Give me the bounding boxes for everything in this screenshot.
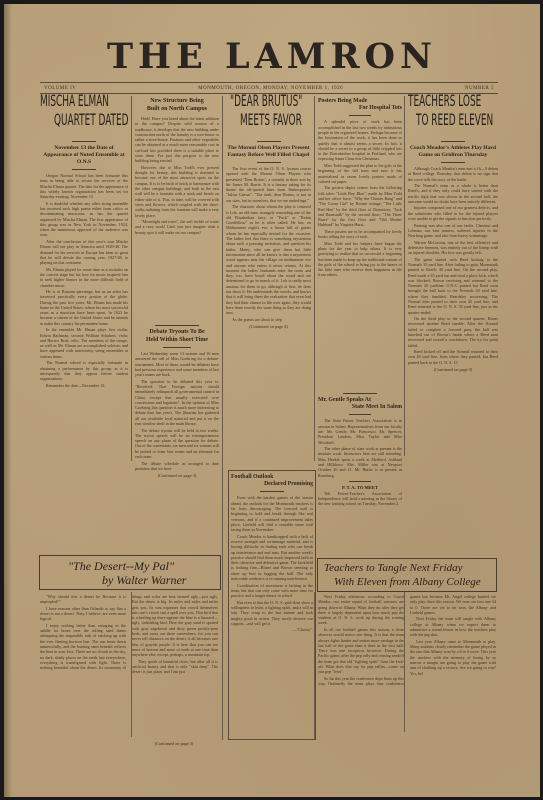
headline: "DEAR BRUTUS" bbox=[230, 98, 302, 103]
continued-note[interactable]: (Continued on page 3) bbox=[135, 473, 219, 478]
deck: November 13 the Date of Appearance of No… bbox=[40, 145, 128, 166]
article-debate: Debate Tryouts To Be Held Within Short T… bbox=[135, 322, 219, 478]
divider bbox=[163, 347, 191, 348]
paragraph: However, due to Miss Todd's ever present… bbox=[135, 165, 219, 218]
paragraph: I have reasons other than Orlando to say… bbox=[40, 606, 126, 622]
headline: QUARTET DATED bbox=[54, 117, 129, 122]
article-posters: Posters Being Made For Hospital Tots A s… bbox=[318, 98, 402, 279]
paragraph: The first event of the O. N. S. lyceum c… bbox=[226, 166, 311, 203]
paragraph: Teh Parent-Teacher's Association of Inde… bbox=[318, 491, 402, 507]
paragraph: Warren McGowan, one of the best offensiv… bbox=[408, 240, 498, 256]
paragraph: In all our football games this season, a… bbox=[318, 627, 404, 675]
paragraph: Although Coach Meador's men met a 16—0 d… bbox=[408, 166, 498, 182]
headline: Built on North Campus bbox=[135, 106, 219, 114]
masthead-title: THE LAMRON bbox=[4, 36, 540, 77]
divider bbox=[257, 141, 281, 142]
article-elman: MISCHA ELMAN QUARTET DATED November 13 t… bbox=[40, 98, 128, 389]
divider bbox=[260, 491, 284, 492]
column-rule bbox=[222, 96, 223, 461]
paragraph: The game started with Reed kicking to th… bbox=[408, 257, 498, 315]
divider bbox=[343, 393, 377, 394]
paragraph: Reed kicked off and the Normal returned … bbox=[408, 349, 498, 365]
headline: Mr. Gentle Speaks At bbox=[318, 397, 402, 404]
headline: Held Within Short Time bbox=[135, 337, 219, 345]
paragraph: Next Friday the team will tangle with Al… bbox=[410, 616, 496, 637]
paragraph: Next Friday afternoon, according to Coac… bbox=[318, 594, 404, 626]
article-tangle: Next Friday afternoon, according to Coac… bbox=[318, 594, 496, 734]
paragraph: After the conclusion of this year's tour… bbox=[40, 239, 128, 265]
paragraph: On the third play in the second quarter,… bbox=[408, 316, 498, 348]
continued-note[interactable]: (Continued on page 3) bbox=[408, 367, 498, 372]
divider bbox=[72, 141, 96, 142]
headline: MEETS FAVOR bbox=[240, 117, 302, 122]
column-rule bbox=[314, 96, 315, 461]
divider bbox=[349, 115, 371, 116]
paragraph: Miss Todd suggested the plan to the girl… bbox=[318, 163, 402, 184]
article-structure: New Structure Being Built on North Campu… bbox=[135, 98, 219, 236]
headline: New Structure Being bbox=[135, 98, 219, 106]
newspaper-page: THE LAMRON VOLUME IV MONMOUTH, OREGON, M… bbox=[4, 4, 540, 797]
paragraph: In the ensemble Mr. Elman plays first vi… bbox=[40, 327, 128, 359]
headline: Posters Being Made bbox=[318, 98, 402, 105]
paragraph: The posters depict scenes from the follo… bbox=[318, 185, 402, 227]
column-rule bbox=[131, 96, 132, 461]
divider bbox=[441, 162, 465, 163]
paragraph: Mr. Elman played for some time as a reci… bbox=[40, 267, 128, 288]
paragraph: "Why should this a desert be Because it … bbox=[40, 594, 126, 605]
volume-label: VOLUME IV bbox=[44, 86, 76, 91]
paragraph: Coordination of movement is lacking in t… bbox=[231, 583, 313, 599]
deck: Coach Meador's Athletes Play Hard Game o… bbox=[408, 145, 498, 159]
dateline-text: MONMOUTH, OREGON, MONDAY, NOVEMBER 1, 19… bbox=[198, 86, 343, 91]
feature-title: With Eleven from Albany College bbox=[334, 576, 481, 588]
headline: MISCHA ELMAN bbox=[40, 98, 109, 103]
continued-note[interactable]: (Continued on page 4) bbox=[226, 324, 311, 329]
paragraph: The other phase of state work at present… bbox=[318, 446, 402, 478]
divider bbox=[257, 162, 281, 163]
headline: For Hospital Tots bbox=[318, 105, 402, 112]
paragraph: Even with the hardest games of the seaso… bbox=[231, 495, 313, 532]
paragraph: These posters are to be accompanied by l… bbox=[318, 229, 402, 240]
column-rule bbox=[222, 442, 223, 740]
byline: by Walter Warner bbox=[102, 573, 186, 588]
paragraph: Last year Albany came to Monmouth to pla… bbox=[410, 639, 496, 676]
divider bbox=[349, 481, 371, 482]
paragraph: A splendid piece of work has been accomp… bbox=[318, 119, 402, 161]
paragraph: The question to be debated this year is:… bbox=[135, 379, 219, 427]
feature-title: "The Desert--My Pal" bbox=[68, 559, 174, 574]
tangle-title-box: Teachers to Tangle Next Friday With Elev… bbox=[317, 558, 497, 592]
page-edge-shadow bbox=[4, 4, 12, 797]
paragraph: But even at that the O. N. S. grid-dons … bbox=[231, 600, 313, 626]
signature: —"Christy". bbox=[231, 627, 313, 632]
article-dear-brutus: "DEAR BRUTUS" MEETS FAVOR The Moroni Ols… bbox=[226, 98, 311, 329]
paragraph: The State Parent Teachers Association is… bbox=[318, 418, 402, 444]
paragraph: The debate tryouts will be held in two w… bbox=[135, 428, 219, 460]
feature-title: Teachers to Tangle Next Friday bbox=[324, 562, 463, 574]
paragraph: Remember the date—November 13. bbox=[40, 383, 128, 388]
deck: The Moroni Olsen Players Present Fantasy… bbox=[226, 145, 311, 159]
article-desert: "Why should this a desert be Because it … bbox=[40, 594, 218, 738]
headline: TEACHERS LOSE bbox=[408, 98, 481, 103]
headline: State Meet In Salem bbox=[318, 404, 402, 411]
headline: TO REED ELEVEN bbox=[416, 117, 493, 122]
paragraph: The debate schedule as arranged to date … bbox=[135, 461, 219, 472]
desert-title-box: "The Desert--My Pal" by Walter Warner bbox=[39, 555, 221, 590]
divider bbox=[441, 141, 465, 142]
paragraph: "Moonlight and roses", the soft trickle … bbox=[135, 219, 219, 235]
paragraph: It is doubtful whether any other string … bbox=[40, 201, 128, 238]
issue-number: NUMBER 5 bbox=[465, 86, 494, 91]
paragraph: Oregon Normal School has been fortunate … bbox=[40, 173, 128, 199]
article-football-outlook: Football Outlook Declared Promising Even… bbox=[228, 470, 316, 740]
paragraph: He is of Russian parentage, but as an ar… bbox=[40, 289, 128, 326]
column-rule bbox=[404, 96, 405, 456]
divider bbox=[72, 169, 96, 170]
paragraph: As the guests are about to step bbox=[226, 317, 311, 322]
paragraph: Hark! Have you heard about the latest ad… bbox=[135, 116, 219, 164]
divider bbox=[349, 414, 371, 415]
article-reed: TEACHERS LOSE TO REED ELEVEN Coach Meado… bbox=[408, 98, 498, 372]
paragraph: The Normal's team as a whole is better t… bbox=[408, 183, 498, 204]
headline: Football Outlook bbox=[231, 474, 313, 481]
article-gentle: Mr. Gentle Speaks At State Meet In Salem… bbox=[318, 390, 402, 508]
paragraph: Coach Meador is handicapped with a lack … bbox=[231, 534, 313, 582]
paragraph: They speak of beautiful cities, but afte… bbox=[132, 659, 218, 675]
divider bbox=[155, 325, 199, 326]
paragraph: Miss Todd and her helpers have begun the… bbox=[318, 241, 402, 278]
headline: Declared Promising bbox=[231, 481, 313, 488]
paragraph: The character about whom the play is cen… bbox=[226, 204, 311, 315]
paragraph: Punting was also one of our faults. Ches… bbox=[408, 223, 498, 239]
paragraph: Last Wednesday some 13 women and 10 men … bbox=[135, 351, 219, 377]
continued-note[interactable]: (Continued on page 3) bbox=[134, 741, 214, 746]
headline: Debate Tryouts To Be bbox=[135, 329, 219, 337]
paragraph: The Normal school is especially fortunat… bbox=[40, 360, 128, 381]
paragraph: Injuries composed one of our greatest de… bbox=[408, 205, 498, 221]
